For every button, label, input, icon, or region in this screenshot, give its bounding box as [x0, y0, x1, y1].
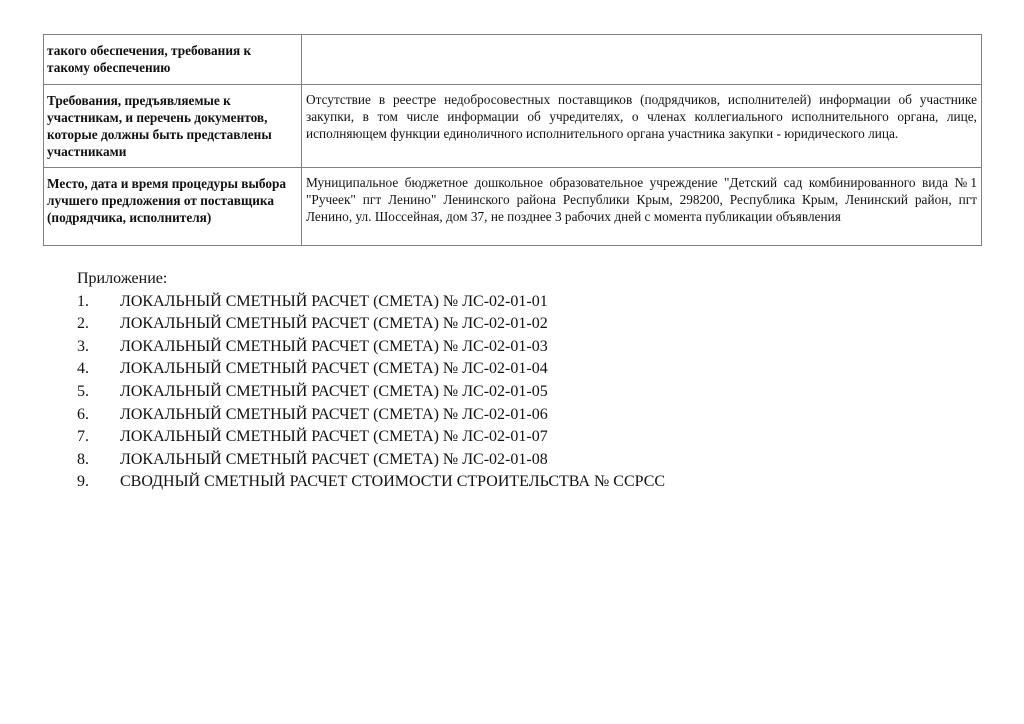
list-item: 3. ЛОКАЛЬНЫЙ СМЕТНЫЙ РАСЧЕТ (СМЕТА) № ЛС… — [77, 336, 665, 359]
row-value — [302, 35, 982, 85]
table-row-participant-requirements: Требования, предъявляемые к участникам, … — [44, 85, 982, 168]
row-value: Муниципальное бюджетное дошкольное образ… — [302, 168, 982, 246]
item-number: 3. — [77, 336, 120, 359]
list-item: 9. СВОДНЫЙ СМЕТНЫЙ РАСЧЕТ СТОИМОСТИ СТРО… — [77, 471, 665, 494]
item-number: 7. — [77, 426, 120, 449]
item-text: ЛОКАЛЬНЫЙ СМЕТНЫЙ РАСЧЕТ (СМЕТА) № ЛС-02… — [120, 426, 548, 449]
item-text: ЛОКАЛЬНЫЙ СМЕТНЫЙ РАСЧЕТ (СМЕТА) № ЛС-02… — [120, 291, 548, 314]
item-number: 6. — [77, 404, 120, 427]
row-label: Место, дата и время процедуры выбора луч… — [44, 168, 302, 246]
appendix-title: Приложение: — [77, 268, 665, 291]
item-text: ЛОКАЛЬНЫЙ СМЕТНЫЙ РАСЧЕТ (СМЕТА) № ЛС-02… — [120, 313, 548, 336]
list-item: 6. ЛОКАЛЬНЫЙ СМЕТНЫЙ РАСЧЕТ (СМЕТА) № ЛС… — [77, 404, 665, 427]
item-text: ЛОКАЛЬНЫЙ СМЕТНЫЙ РАСЧЕТ (СМЕТА) № ЛС-02… — [120, 449, 548, 472]
list-item: 7. ЛОКАЛЬНЫЙ СМЕТНЫЙ РАСЧЕТ (СМЕТА) № ЛС… — [77, 426, 665, 449]
table-row-security-requirements: такого обеспечения, требования к такому … — [44, 35, 982, 85]
procurement-info-table: такого обеспечения, требования к такому … — [43, 34, 982, 246]
item-number: 4. — [77, 358, 120, 381]
appendix-list: 1. ЛОКАЛЬНЫЙ СМЕТНЫЙ РАСЧЕТ (СМЕТА) № ЛС… — [77, 291, 665, 494]
item-number: 1. — [77, 291, 120, 314]
list-item: 4. ЛОКАЛЬНЫЙ СМЕТНЫЙ РАСЧЕТ (СМЕТА) № ЛС… — [77, 358, 665, 381]
item-number: 8. — [77, 449, 120, 472]
list-item: 8. ЛОКАЛЬНЫЙ СМЕТНЫЙ РАСЧЕТ (СМЕТА) № ЛС… — [77, 449, 665, 472]
row-label: Требования, предъявляемые к участникам, … — [44, 85, 302, 168]
item-number: 5. — [77, 381, 120, 404]
item-text: ЛОКАЛЬНЫЙ СМЕТНЫЙ РАСЧЕТ (СМЕТА) № ЛС-02… — [120, 358, 548, 381]
item-text: ЛОКАЛЬНЫЙ СМЕТНЫЙ РАСЧЕТ (СМЕТА) № ЛС-02… — [120, 381, 548, 404]
list-item: 5. ЛОКАЛЬНЫЙ СМЕТНЫЙ РАСЧЕТ (СМЕТА) № ЛС… — [77, 381, 665, 404]
item-text: ЛОКАЛЬНЫЙ СМЕТНЫЙ РАСЧЕТ (СМЕТА) № ЛС-02… — [120, 404, 548, 427]
item-number: 2. — [77, 313, 120, 336]
item-number: 9. — [77, 471, 120, 494]
table-row-procedure-place-time: Место, дата и время процедуры выбора луч… — [44, 168, 982, 246]
appendix-section: Приложение: 1. ЛОКАЛЬНЫЙ СМЕТНЫЙ РАСЧЕТ … — [77, 268, 665, 494]
row-label: такого обеспечения, требования к такому … — [44, 35, 302, 85]
list-item: 1. ЛОКАЛЬНЫЙ СМЕТНЫЙ РАСЧЕТ (СМЕТА) № ЛС… — [77, 291, 665, 314]
item-text: ЛОКАЛЬНЫЙ СМЕТНЫЙ РАСЧЕТ (СМЕТА) № ЛС-02… — [120, 336, 548, 359]
item-text: СВОДНЫЙ СМЕТНЫЙ РАСЧЕТ СТОИМОСТИ СТРОИТЕ… — [120, 471, 665, 494]
list-item: 2. ЛОКАЛЬНЫЙ СМЕТНЫЙ РАСЧЕТ (СМЕТА) № ЛС… — [77, 313, 665, 336]
row-value: Отсутствие в реестре недобросовестных по… — [302, 85, 982, 168]
